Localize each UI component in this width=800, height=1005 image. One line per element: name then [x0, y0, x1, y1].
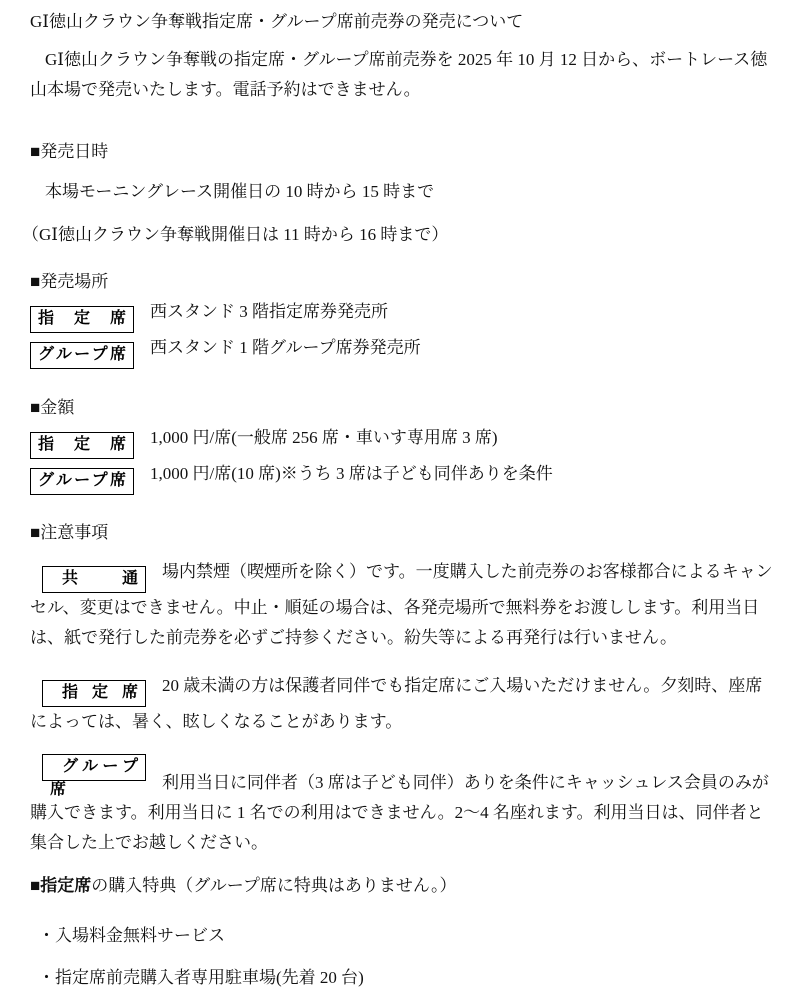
page-title: GⅠ徳山クラウン争奪戦指定席・グループ席前売券の発売について	[30, 7, 775, 37]
sale-place-reserved-text: 西スタンド 3 階指定席券発売所	[150, 302, 388, 321]
note-group-text: 利用当日に同伴者（3 席は子ども同伴）ありを条件にキャッシュレス会員のみが購入で…	[30, 773, 769, 852]
seat-badge-reserved: 指定席	[42, 680, 146, 707]
section-heading-notes: ■注意事項	[30, 518, 775, 548]
price-row-reserved: 指定席1,000 円/席(一般席 256 席・車いす専用席 3 席)	[30, 423, 775, 459]
sale-place-row-reserved: 指定席西スタンド 3 階指定席券発売所	[30, 297, 775, 333]
benefits-heading-bold: ■指定席	[30, 876, 91, 895]
price-group-text: 1,000 円/席(10 席)※うち 3 席は子ども同伴ありを条件	[150, 464, 553, 483]
price-row-group: グループ席1,000 円/席(10 席)※うち 3 席は子ども同伴ありを条件	[30, 459, 775, 495]
sale-datetime-line-1: 本場モーニングレース開催日の 10 時から 15 時まで	[30, 177, 775, 207]
document-page: GⅠ徳山クラウン争奪戦指定席・グループ席前売券の発売について GⅠ徳山クラウン争…	[0, 0, 800, 1005]
seat-badge-group: グループ席	[30, 468, 134, 495]
price-reserved-text: 1,000 円/席(一般席 256 席・車いす専用席 3 席)	[150, 428, 498, 447]
seat-badge-group: グループ席	[30, 342, 134, 369]
seat-badge-reserved: 指定席	[30, 306, 134, 333]
seat-badge-common: 共通	[42, 566, 146, 593]
seat-badge-group: グループ席	[42, 754, 146, 781]
intro-paragraph: GⅠ徳山クラウン争奪戦の指定席・グループ席前売券を 2025 年 10 月 12…	[30, 45, 775, 105]
benefit-bullet-admission: ・入場料金無料サービス	[30, 921, 775, 951]
seat-badge-reserved: 指定席	[30, 432, 134, 459]
sale-place-group-text: 西スタンド 1 階グループ席券発売所	[150, 338, 421, 357]
note-paragraph-group: グループ席利用当日に同伴者（3 席は子ども同伴）ありを条件にキャッシュレス会員の…	[30, 754, 775, 858]
section-heading-sale-place: ■発売場所	[30, 267, 775, 297]
benefit-bullet-parking: ・指定席前売購入者専用駐車場(先着 20 台)	[30, 963, 775, 993]
sale-place-row-group: グループ席西スタンド 1 階グループ席券発売所	[30, 333, 775, 369]
note-paragraph-reserved: 指定席20 歳未満の方は保護者同伴でも指定席にご入場いただけません。夕刻時、座席…	[30, 671, 775, 737]
section-heading-benefits: ■指定席の購入特典（グループ席に特典はありません。）	[30, 871, 775, 901]
note-paragraph-common: 共通場内禁煙（喫煙所を除く）です。一度購入した前売券のお客様都合によるキャンセル…	[30, 557, 775, 653]
benefits-heading-rest: の購入特典（グループ席に特典はありません。）	[91, 876, 456, 895]
section-heading-sale-datetime: ■発売日時	[30, 137, 775, 167]
section-heading-price: ■金額	[30, 393, 775, 423]
sale-datetime-line-2: （GⅠ徳山クラウン争奪戦開催日は 11 時から 16 時まで）	[22, 220, 775, 250]
